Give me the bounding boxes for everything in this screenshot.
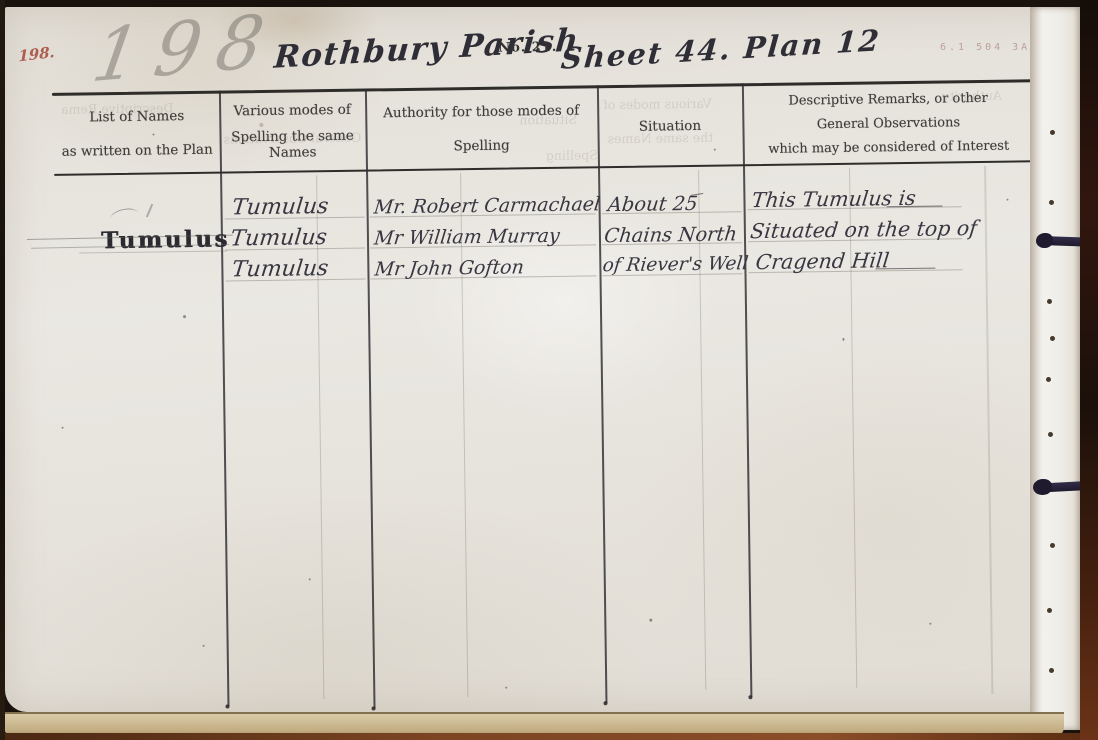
line-end-dot [603, 701, 607, 705]
pencil-caret-mark [146, 204, 153, 218]
header-line: General Observations [817, 115, 961, 132]
folio-number-pencil: 198 [87, 0, 286, 98]
column-line-3 [597, 85, 607, 703]
column-line-1 [219, 91, 229, 707]
entry-spelling-3: Tumulus [231, 256, 330, 282]
paper-speck [929, 623, 931, 625]
scanned-name-book-page: 198. 198 Rothbury Parish No. 21. Sheet 4… [0, 0, 1098, 740]
entry-authority-2: Mr William Murray [373, 225, 561, 250]
ghost-showthrough-text: Various modes of [603, 96, 712, 113]
header-line: as written on the Plan [62, 142, 213, 160]
binding-hole [1049, 200, 1054, 205]
ghost-showthrough-text: Spelling [546, 147, 598, 163]
column-line-4 [742, 83, 752, 697]
entry-authority-1: Mr. Robert Carmachael [373, 193, 602, 218]
line-end-dot [372, 706, 376, 710]
archive-stamp: 6.1 504 3A5 [940, 42, 1039, 53]
entry-remarks-1: This Tumulus is [751, 186, 917, 212]
page-crease [984, 166, 993, 694]
paper-speck [714, 149, 716, 151]
ghost-showthrough-text: Descriptive Rema [61, 100, 174, 117]
header-line: Various modes of [233, 102, 350, 120]
showthrough-column-line [698, 170, 706, 690]
paper-speck [842, 338, 844, 341]
paper-speck [309, 578, 311, 580]
showthrough-column-line [460, 173, 468, 697]
paper-speck [203, 645, 205, 647]
entry-remarks-2: Situated on the top of [749, 216, 978, 243]
line-end-dot [748, 695, 752, 699]
desk-surface [0, 733, 1098, 740]
folio-number-red: 198. [18, 43, 55, 65]
ghost-showthrough-text: General Observations [223, 130, 361, 147]
photo-edge-left [0, 0, 5, 740]
sheet-number-label: No. 21. [498, 40, 557, 56]
binding-hole [1050, 336, 1055, 341]
binding-thread-knot [1036, 233, 1053, 248]
ghost-showthrough-text: Situation [519, 112, 577, 128]
entry-situation-2: Chains North [603, 222, 738, 247]
binding-hole [1050, 543, 1055, 548]
sheet-plan-number: Sheet 44. Plan 12 [560, 23, 882, 76]
paper-speck [505, 687, 507, 689]
entry-situation-1: About 25 [607, 192, 699, 216]
entry-remarks-3: Cragend Hill [755, 248, 891, 274]
pencil-flourish [110, 206, 140, 225]
paper-speck [152, 133, 154, 135]
showthrough-column-line [316, 175, 324, 699]
ghost-showthrough-text: the same Names [607, 130, 713, 146]
binding-hole [1048, 432, 1053, 437]
ghost-showthrough-text: Authority [942, 88, 1002, 104]
paper-speck [183, 315, 186, 318]
paper-speck [259, 123, 263, 127]
header-line: Spelling [453, 138, 509, 155]
binding-hole [1046, 377, 1051, 382]
column-line-2 [365, 89, 375, 709]
binding-hole [1047, 299, 1052, 304]
binding-hole [1050, 130, 1055, 135]
entry-spelling-1: Tumulus [231, 194, 330, 220]
line-end-dot [225, 704, 229, 708]
paper-speck [649, 619, 652, 622]
entry-spelling-2: Tumulus [229, 225, 328, 251]
showthrough-column-line [849, 168, 857, 688]
header-line: which may be considered of Interest [768, 138, 1009, 156]
photo-edge-top [0, 0, 1098, 7]
binding-hole [1047, 608, 1052, 613]
binding-thread-knot [1033, 479, 1052, 495]
binding-hole [1049, 668, 1054, 673]
sheet-content: 198. 198 Rothbury Parish No. 21. Sheet 4… [0, 0, 1098, 740]
book-spine-edge [1080, 0, 1098, 740]
page-deckle-edge [1030, 7, 1080, 730]
entry-authority-3: Mr John Gofton [374, 256, 525, 280]
paper-speck [1006, 199, 1008, 201]
paper-speck [62, 427, 64, 429]
entry-situation-3: of Riever's Well [602, 253, 750, 276]
